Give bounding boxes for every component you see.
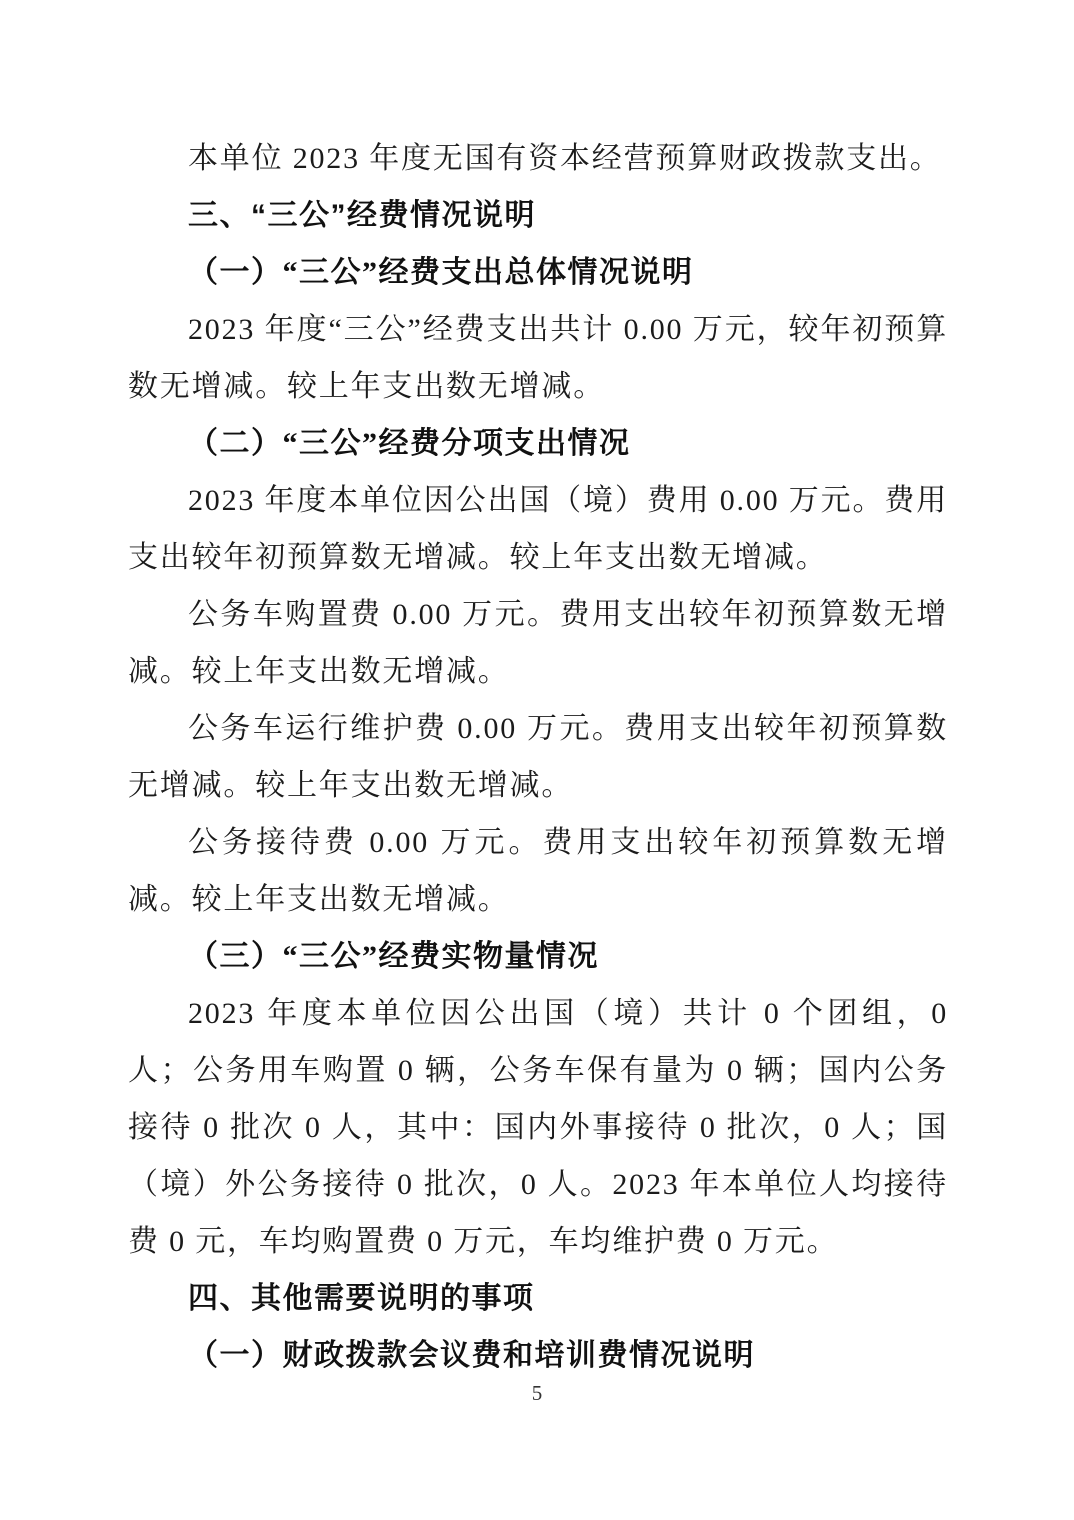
heading-4-1-meeting-training-fees: （一）财政拨款会议费和培训费情况说明 <box>128 1327 948 1384</box>
paragraph-overseas-trips-expense: 2023 年度本单位因公出国（境）费用 0.00 万元。费用支出较年初预算数无增… <box>128 472 948 586</box>
paragraph-sangong-total: 2023 年度“三公”经费支出共计 0.00 万元，较年初预算数无增减。较上年支… <box>128 301 948 415</box>
paragraph-no-state-capital-expenditure: 本单位 2023 年度无国有资本经营预算财政拨款支出。 <box>128 130 948 187</box>
heading-3-2-itemized-expenditure: （二）“三公”经费分项支出情况 <box>128 415 948 472</box>
heading-3-1-overall-expenditure: （一）“三公”经费支出总体情况说明 <box>128 244 948 301</box>
heading-section-4-other-matters: 四、其他需要说明的事项 <box>128 1270 948 1327</box>
page-number: 5 <box>0 1378 1074 1408</box>
document-body: 本单位 2023 年度无国有资本经营预算财政拨款支出。 三、“三公”经费情况说明… <box>128 130 948 1384</box>
paragraph-vehicle-purchase-expense: 公务车购置费 0.00 万元。费用支出较年初预算数无增减。较上年支出数无增减。 <box>128 586 948 700</box>
heading-section-3-sangong-funds: 三、“三公”经费情况说明 <box>128 187 948 244</box>
paragraph-official-reception-expense: 公务接待费 0.00 万元。费用支出较年初预算数无增减。较上年支出数无增减。 <box>128 814 948 928</box>
document-page: 本单位 2023 年度无国有资本经营预算财政拨款支出。 三、“三公”经费情况说明… <box>0 0 1074 1520</box>
paragraph-vehicle-maintenance-expense: 公务车运行维护费 0.00 万元。费用支出较年初预算数无增减。较上年支出数无增减… <box>128 700 948 814</box>
heading-3-3-physical-quantity: （三）“三公”经费实物量情况 <box>128 928 948 985</box>
paragraph-physical-quantity-details: 2023 年度本单位因公出国（境）共计 0 个团组，0 人；公务用车购置 0 辆… <box>128 985 948 1270</box>
